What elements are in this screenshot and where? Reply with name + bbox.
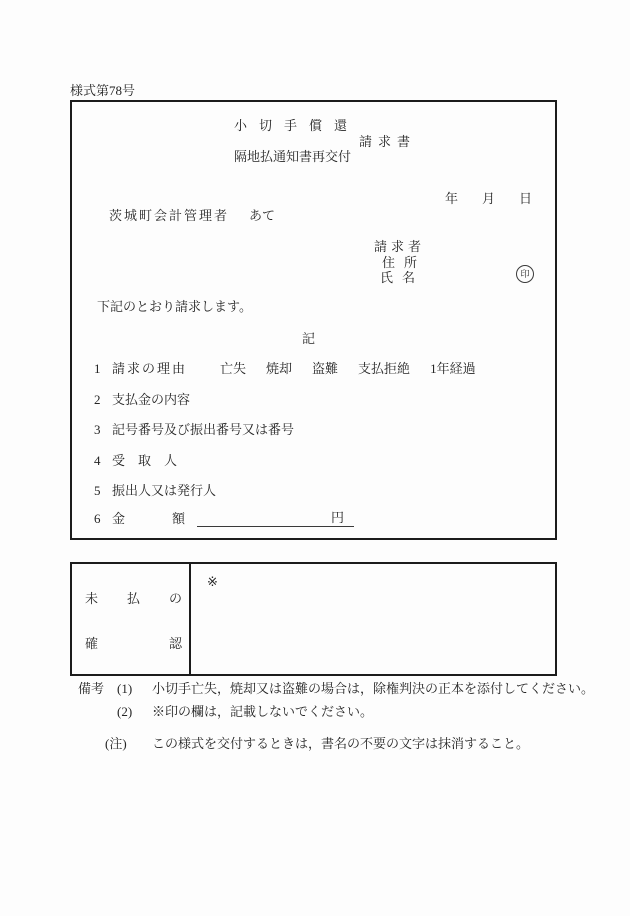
unpaid-label-char: 確 [85,636,98,651]
addressee: 茨城町会計管理者 [109,208,229,223]
addressee-suffix: あて [249,208,275,223]
cell-divider [189,564,191,674]
asterisk-mark: ※ [207,574,218,589]
reason-option: 1年経過 [430,361,476,376]
remark-number: (2) [117,704,132,719]
item-number: 5 [94,483,101,498]
unpaid-label-char: 認 [169,636,182,651]
date-line: 年月日 [445,191,556,206]
reason-option: 焼却 [266,361,292,376]
remark-text: ※印の欄は，記載しないでください。 [152,704,373,719]
form-number: 様式第78号 [70,83,135,98]
item-number: 3 [94,422,101,437]
note-number: (注) [105,736,127,751]
form-title-line-1: 小切手償還 [234,118,359,133]
note-text: この様式を交付するときは，書名の不要の文字は抹消すること。 [152,736,529,751]
ki-heading: 記 [302,331,315,346]
remark-number: (1) [117,681,132,696]
remark-text: 小切手亡失，焼却又は盗難の場合は，除権判決の正本を添付してください。 [152,681,594,696]
item-row-2: 2 支払金の内容 [72,392,555,408]
unpaid-label-row-2: 確 認 [85,636,182,651]
amount-underline: 円 [197,510,354,527]
amount-unit: 円 [331,510,344,525]
item-row-6: 6 金額 円 [72,511,555,527]
name-label: 氏名 [380,270,424,285]
address-label: 住所 [382,255,426,270]
item-number: 6 [94,511,101,526]
unpaid-label-char: 未 [85,591,98,606]
remarks-heading: 備考 [78,681,104,696]
intro-text: 下記のとおり請求します。 [97,299,252,314]
item-row-1: 1 請求の理由 亡失 焼却 盗難 支払拒絶 1年経過 [72,361,555,377]
unpaid-confirmation-box: 未 払 の 確 認 ※ [70,562,557,676]
item-label: 記号番号及び振出番号又は番号 [112,422,294,437]
requester-label: 請求者 [374,239,425,254]
item-number: 4 [94,453,101,468]
form-title-line-3: 隔地払通知書再交付 [234,149,351,164]
item-row-4: 4 受取人 [72,453,555,469]
item-row-3: 3 記号番号及び振出番号又は番号 [72,422,555,438]
item-label: 支払金の内容 [112,392,190,407]
document-page: 様式第78号 小切手償還 請求書 隔地払通知書再交付 年月日 茨城町会計管理者 … [0,0,630,916]
unpaid-label-row-1: 未 払 の [85,591,182,606]
seal-stamp-icon: 印 [516,265,534,283]
item-label: 振出人又は発行人 [112,483,216,498]
item-number: 2 [94,392,101,407]
reason-option: 盗難 [312,361,338,376]
item-label: 請求の理由 [112,361,187,376]
unpaid-label-char: 払 [127,591,140,606]
main-form-box: 小切手償還 請求書 隔地払通知書再交付 年月日 茨城町会計管理者 あて 請求者 … [70,100,557,540]
item-row-5: 5 振出人又は発行人 [72,483,555,499]
unpaid-label-char: の [169,591,182,606]
reason-option: 支払拒絶 [358,361,410,376]
reason-options: 亡失 焼却 盗難 支払拒絶 1年経過 [220,361,476,376]
seal-text: 印 [520,270,529,279]
form-title-line-2: 請求書 [359,134,416,149]
item-number: 1 [94,361,101,376]
reason-option: 亡失 [220,361,246,376]
item-label: 受取人 [112,453,190,468]
